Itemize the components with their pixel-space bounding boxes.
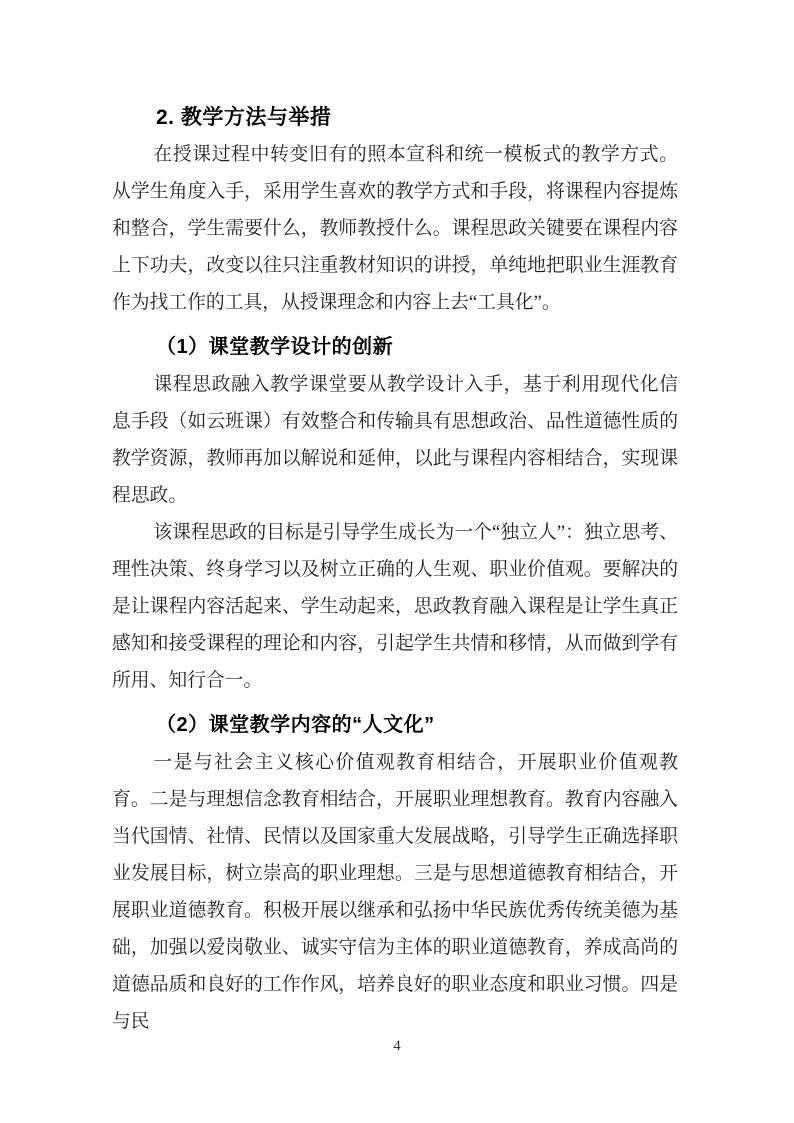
document-page: 2. 教学方法与举措 在授课过程中转变旧有的照本宣科和统一模板式的教学方式。从学…	[0, 0, 794, 1123]
paragraph-intro: 在授课过程中转变旧有的照本宣科和统一模板式的教学方式。从学生角度入手，采用学生喜…	[112, 136, 678, 321]
text-block: 2. 教学方法与举措 在授课过程中转变旧有的照本宣科和统一模板式的教学方式。从学…	[112, 99, 678, 1040]
paragraph-goal: 该课程思政的目标是引导学生成长为一个“独立人”：独立思考、理性决策、终身学习以及…	[112, 514, 678, 699]
page-number: 4	[0, 1036, 794, 1056]
paragraph-design-method: 课程思政融入教学课堂要从教学设计入手，基于利用现代化信息手段（如云班课）有效整合…	[112, 366, 678, 514]
section-heading: 2. 教学方法与举措	[112, 99, 678, 136]
paragraph-content-integration: 一是与社会主义核心价值观教育相结合，开展职业价值观教育。二是与理想信念教育相结合…	[112, 744, 678, 1040]
subheading-classroom-design: （1）课堂教学设计的创新	[112, 329, 678, 366]
subheading-humanized-content: （2）课堂教学内容的“人文化”	[112, 707, 678, 744]
